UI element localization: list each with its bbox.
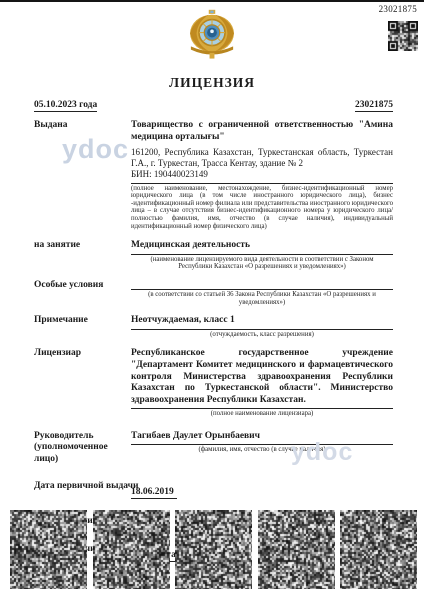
date-number-row: 05.10.2023 года 23021875 [34, 100, 393, 112]
note-value-wrap: Неотчуждаемая, класс 1 (отчуждаемость, к… [131, 315, 393, 338]
issue-date: 05.10.2023 года [34, 100, 97, 112]
company-address: 161200, Республика Казахстан, Туркестанс… [131, 147, 393, 169]
special-conditions-label: Особые условия [34, 280, 131, 291]
field-licensor: Лицензиар Республиканское государственно… [34, 348, 393, 418]
activity-label: на занятие [34, 240, 131, 251]
head-label-line1: Руководитель [34, 431, 93, 441]
license-number: 23021875 [355, 100, 393, 112]
signature-code-icon [175, 510, 252, 589]
field-activity: на занятие Медицинская деятельность (наи… [34, 240, 393, 271]
special-conditions-caption: (в соответствии со статьей 36 Закона Рес… [131, 290, 393, 306]
first-issue-date-label: Дата первичной выдачи [34, 481, 139, 491]
special-conditions-value-wrap: (в соответствии со статьей 36 Закона Рес… [131, 280, 393, 306]
issued-to-caption: (полное наименование, местонахождение, б… [131, 184, 393, 231]
licensor-value: Республиканское государственное учрежден… [131, 348, 393, 409]
qr-code-icon [388, 21, 418, 51]
activity-caption: (наименование лицензируемого вида деятел… [131, 255, 393, 271]
field-head: Руководитель (уполномоченное лицо) Тагиб… [34, 431, 393, 465]
special-conditions-blank-line [131, 280, 393, 290]
issued-to-value: Товарищество с ограниченной ответственно… [131, 120, 393, 230]
document-header: 23021875 [0, 0, 424, 64]
signature-code-strip [10, 510, 417, 589]
issued-to-label: Выдана [34, 120, 131, 131]
head-value-wrap: Тагибаев Даулет Орынбаевич (фамилия, имя… [131, 431, 393, 454]
signature-code-icon [93, 510, 170, 589]
field-issued-to: Выдана Товарищество с ограниченной ответ… [34, 120, 393, 230]
first-issue-date-value-wrap: 18.06.2019 [131, 481, 393, 499]
kazakhstan-emblem-icon [186, 9, 238, 66]
document-body: 05.10.2023 года 23021875 Выдана Товарище… [0, 100, 424, 562]
head-label-line2: (уполномоченное лицо) [34, 442, 108, 463]
activity-value: Медицинская деятельность [131, 240, 393, 255]
note-label: Примечание [34, 315, 131, 326]
signature-code-icon [340, 510, 417, 589]
document-title: ЛИЦЕНЗИЯ [0, 75, 424, 91]
license-document: 23021875 [0, 0, 424, 600]
first-issue-date-value: 18.06.2019 [131, 487, 177, 499]
field-first-issue-date: Дата первичной выдачи 18.06.2019 [34, 481, 393, 499]
signature-code-icon [10, 510, 87, 589]
head-value: Тагибаев Даулет Орынбаевич [131, 431, 393, 446]
licensor-caption: (полное наименование лицензиара) [131, 409, 393, 418]
licensor-value-wrap: Республиканское государственное учрежден… [131, 348, 393, 418]
field-note: Примечание Неотчуждаемая, класс 1 (отчуж… [34, 315, 393, 338]
licensor-label: Лицензиар [34, 348, 131, 359]
note-caption: (отчуждаемость, класс разрешения) [131, 330, 393, 339]
head-caption: (фамилия, имя, отчество (в случае наличи… [131, 445, 393, 454]
head-label: Руководитель (уполномоченное лицо) [34, 431, 131, 465]
company-name: Товарищество с ограниченной ответственно… [131, 120, 393, 143]
company-bin: БИН: 190440023149 [131, 169, 393, 184]
activity-value-wrap: Медицинская деятельность (наименование л… [131, 240, 393, 271]
note-value: Неотчуждаемая, класс 1 [131, 315, 393, 330]
field-special-conditions: Особые условия (в соответствии со статье… [34, 280, 393, 306]
document-number-top: 23021875 [379, 4, 417, 14]
signature-code-icon [258, 510, 335, 589]
